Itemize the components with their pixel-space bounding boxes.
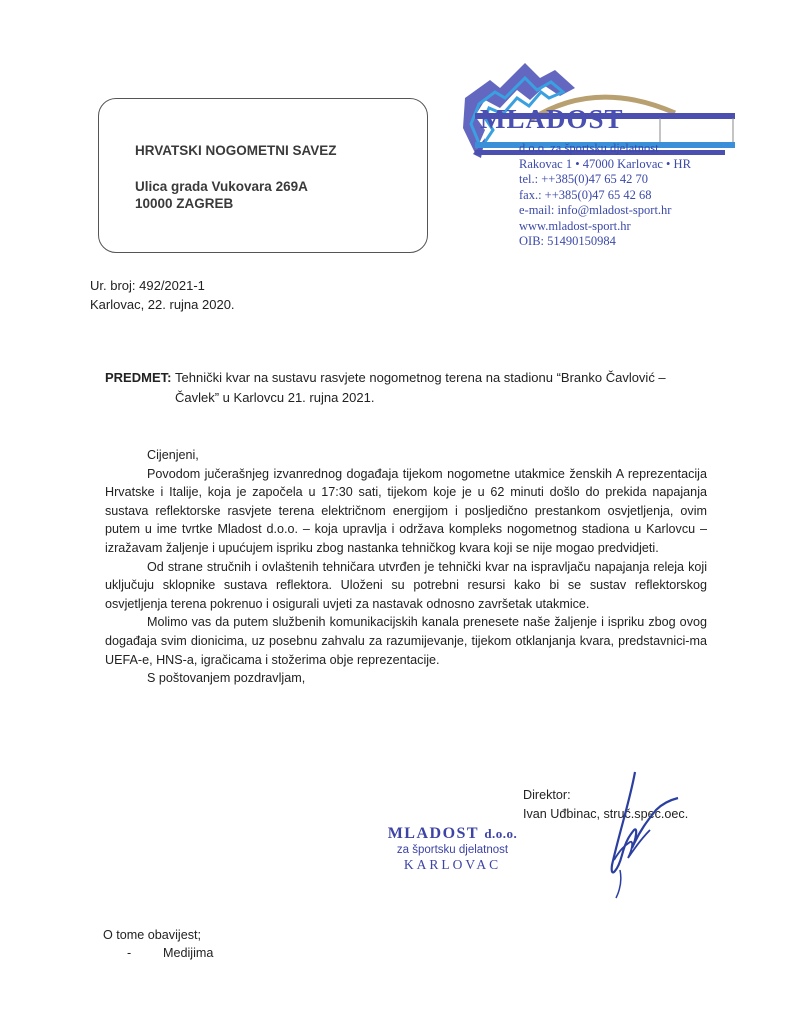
recipient-city: 10000 ZAGREB: [135, 196, 233, 211]
stamp-activity: za športsku djelatnost: [370, 844, 535, 856]
recipient-address-box: HRVATSKI NOGOMETNI SAVEZ Ulica grada Vuk…: [98, 98, 428, 253]
greeting: Cijenjeni,: [105, 446, 707, 465]
place-date: Karlovac, 22. rujna 2020.: [90, 295, 235, 314]
subject-label: PREDMET:: [105, 368, 171, 388]
body-paragraph: Povodom jučerašnjeg izvanrednog događaja…: [105, 465, 707, 558]
company-type: d.o.o. za športsku djelatnost: [519, 141, 691, 157]
letter-page: HRVATSKI NOGOMETNI SAVEZ Ulica grada Vuk…: [0, 0, 789, 1024]
notification-label: O tome obavijest;: [103, 926, 213, 944]
handwritten-signature-icon: [590, 770, 680, 900]
body-paragraph: Od strane stručnih i ovlaštenih tehničar…: [105, 558, 707, 614]
reference-number: Ur. broj: 492/2021-1: [90, 276, 235, 295]
stamp-suffix: d.o.o.: [484, 826, 517, 841]
notification-list: O tome obavijest; -Medijima: [103, 926, 213, 962]
recipient-street: Ulica grada Vukovara 269A: [135, 179, 308, 194]
company-website: www.mladost-sport.hr: [519, 219, 691, 235]
company-stamp: MLADOST d.o.o. za športsku djelatnost KA…: [370, 825, 535, 873]
company-email: e-mail: info@mladost-sport.hr: [519, 203, 691, 219]
notification-item: -Medijima: [103, 944, 213, 962]
company-info: d.o.o. za športsku djelatnost Rakovac 1 …: [519, 141, 691, 250]
company-address: Rakovac 1 • 47000 Karlovac • HR: [519, 157, 691, 173]
stamp-name: MLADOST d.o.o.: [370, 825, 535, 843]
stamp-city: KARLOVAC: [370, 857, 535, 873]
closing: S poštovanjem pozdravljam,: [105, 669, 707, 688]
recipient-name: HRVATSKI NOGOMETNI SAVEZ: [135, 143, 337, 158]
letter-meta: Ur. broj: 492/2021-1 Karlovac, 22. rujna…: [90, 276, 235, 314]
company-tel: tel.: ++385(0)47 65 42 70: [519, 172, 691, 188]
subject-text: Tehnički kvar na sustavu rasvjete nogome…: [175, 368, 705, 408]
logo-wordmark: MLADOST: [480, 104, 624, 135]
list-dash: -: [127, 944, 163, 962]
stamp-company: MLADOST: [388, 825, 479, 842]
letter-body: Cijenjeni, Povodom jučerašnjeg izvanredn…: [105, 446, 707, 688]
company-oib: OIB: 51490150984: [519, 234, 691, 250]
company-fax: fax.: ++385(0)47 65 42 68: [519, 188, 691, 204]
notification-recipient: Medijima: [163, 946, 213, 960]
body-paragraph: Molimo vas da putem službenih komunikaci…: [105, 613, 707, 669]
